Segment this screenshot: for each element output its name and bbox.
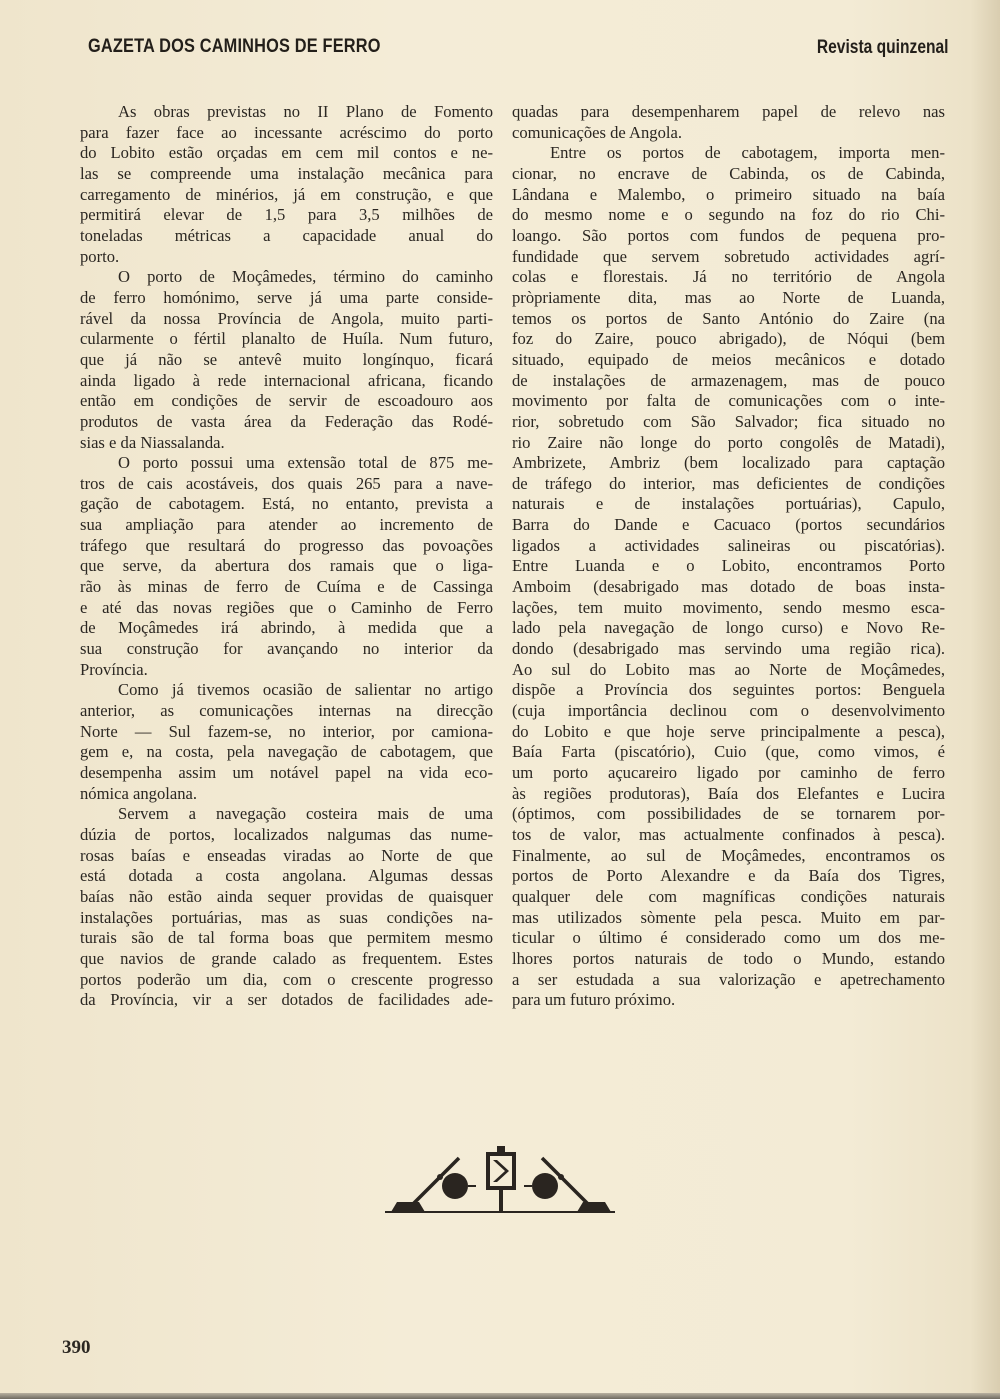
text-line: para fazer face ao incessante acréscimo … xyxy=(80,123,493,144)
text-line: Servem a navegação costeira mais de uma xyxy=(80,804,493,825)
text-line: do mesmo nome e o segundo na foz do rio … xyxy=(512,205,945,226)
article-paragraph: O porto de Moçâmedes, término do caminho… xyxy=(80,267,493,453)
text-line: de Moçâmedes irá abrindo, à medida que a xyxy=(80,618,493,639)
text-line: mas utilizados sòmente pela pesca. Muito… xyxy=(512,908,945,929)
text-line: de tráfego do interior, mas deficientes … xyxy=(512,474,945,495)
text-line: então em condições de servir de escoadou… xyxy=(80,391,493,412)
text-line: (óptimos, com possibilidades de se torna… xyxy=(512,804,945,825)
text-line: Finalmente, ao sul de Moçâmedes, encontr… xyxy=(512,846,945,867)
text-line: temos os portos de Santo António do Zair… xyxy=(512,309,945,330)
text-line: baías não estão ainda sequer providas de… xyxy=(80,887,493,908)
article-paragraph: Como já tivemos ocasião de salientar no … xyxy=(80,680,493,804)
text-line: sua construção for avançando no interior… xyxy=(80,639,493,660)
text-line: do Lobito estão orçadas em cem mil conto… xyxy=(80,143,493,164)
text-line: anterior, as comunicações internas na di… xyxy=(80,701,493,722)
text-line: (cuja importância declinou com o desenvo… xyxy=(512,701,945,722)
text-line: lado pela navegação de longo curso) e No… xyxy=(512,618,945,639)
text-line: ligados a actividades salineiras ou pisc… xyxy=(512,536,945,557)
text-line: rável da nossa Província de Angola, muit… xyxy=(80,309,493,330)
publication-title: GAZETA DOS CAMINHOS DE FERRO xyxy=(88,36,381,58)
text-line: porto. xyxy=(80,247,493,268)
text-line: nómica angolana. xyxy=(80,784,493,805)
text-line: Norte — Sul fazem-se, no interior, por c… xyxy=(80,722,493,743)
text-line: desempenha assim um notável papel na vid… xyxy=(80,763,493,784)
text-line: portos poderão um dia, com o crescente p… xyxy=(80,970,493,991)
text-line: gação de cabotagem. Está, no entanto, pr… xyxy=(80,494,493,515)
text-line: carregamento de minérios, já em construç… xyxy=(80,185,493,206)
text-line: toneladas métricas a capacidade anual do xyxy=(80,226,493,247)
text-line: permitirá elevar de 1,5 para 3,5 milhões… xyxy=(80,205,493,226)
text-line: instalações portuárias, mas as suas cond… xyxy=(80,908,493,929)
text-line: Entre Luanda e o Lobito, encontramos Por… xyxy=(512,556,945,577)
text-line: de ferro homónimo, serve já uma parte co… xyxy=(80,288,493,309)
text-line: Amboim (desabrigado mas dotado de boas i… xyxy=(512,577,945,598)
article-paragraph: As obras previstas no II Plano de Foment… xyxy=(80,102,493,267)
text-line: sias e da Niassalanda. xyxy=(80,433,493,454)
text-line: às regiões produtoras), Baía dos Elefant… xyxy=(512,784,945,805)
article-left-column: As obras previstas no II Plano de Foment… xyxy=(80,102,493,1011)
text-line: do Lobito e que hoje serve principalment… xyxy=(512,722,945,743)
text-line: rior, sobretudo com São Salvador; fica s… xyxy=(512,412,945,433)
text-line: Ambrizete, Ambriz (bem localizado para c… xyxy=(512,453,945,474)
text-line: rosas baías e enseadas viradas ao Norte … xyxy=(80,846,493,867)
text-line: está dotada a costa angolana. Algumas de… xyxy=(80,866,493,887)
text-line: turais são de tal forma boas que permite… xyxy=(80,928,493,949)
text-line: situado, equipado de meios mecânicos e d… xyxy=(512,350,945,371)
text-line: rão às minas de ferro de Cuíma e de Cass… xyxy=(80,577,493,598)
text-line: movimento por falta de comunicações com … xyxy=(512,391,945,412)
text-line: Barra do Dande e Cacuaco (portos secundá… xyxy=(512,515,945,536)
text-line: da Província, vir a ser dotados de facil… xyxy=(80,990,493,1011)
text-line: As obras previstas no II Plano de Foment… xyxy=(80,102,493,123)
text-line: dispõe a Província dos seguintes portos:… xyxy=(512,680,945,701)
article-paragraph: O porto possui uma extensão total de 875… xyxy=(80,453,493,680)
text-line: Ao sul do Lobito mas ao Norte de Moçâmed… xyxy=(512,660,945,681)
text-line: gem e, na costa, pela navegação de cabot… xyxy=(80,742,493,763)
page-number: 390 xyxy=(62,1337,91,1359)
text-line: ainda ligado à rede internacional africa… xyxy=(80,371,493,392)
text-line: las se compreende uma instalação mecânic… xyxy=(80,164,493,185)
text-line: naturais e de instalações portuárias), C… xyxy=(512,494,945,515)
text-line: lhores portos naturais de todo o Mundo, … xyxy=(512,949,945,970)
text-line: quadas para desempenharem papel de relev… xyxy=(512,102,945,123)
text-line: ticular o último é considerado como um d… xyxy=(512,928,945,949)
text-line: cionar, no encrave de Cabinda, os de Cab… xyxy=(512,164,945,185)
text-line: O porto de Moçâmedes, término do caminho xyxy=(80,267,493,288)
text-line: e até das novas regiões que o Caminho de… xyxy=(80,598,493,619)
text-line: de instalações de armazenagem, mas de po… xyxy=(512,371,945,392)
running-head: GAZETA DOS CAMINHOS DE FERRO Revista qui… xyxy=(88,36,948,66)
text-line: tráfego que resultará do progresso das p… xyxy=(80,536,493,557)
text-line: um porto açucareiro ligado por caminho d… xyxy=(512,763,945,784)
text-line: pròpriamente dita, mas ao Norte de Luand… xyxy=(512,288,945,309)
text-line: que serve, da abertura dos ramais que o … xyxy=(80,556,493,577)
text-line: produtos de vasta área da Federação das … xyxy=(80,412,493,433)
text-line: que navios de grande calado as frequente… xyxy=(80,949,493,970)
text-line: sua ampliação para atender ao incremento… xyxy=(80,515,493,536)
text-line: lações, tem muito movimento, sendo mesmo… xyxy=(512,598,945,619)
text-line: dondo (desabrigado mas servindo uma regi… xyxy=(512,639,945,660)
article-paragraph: Servem a navegação costeira mais de umad… xyxy=(80,804,493,1011)
article-paragraph: quadas para desempenharem papel de relev… xyxy=(512,102,945,143)
text-line: Província. xyxy=(80,660,493,681)
text-line: a ser estudada a sua valorização e apetr… xyxy=(512,970,945,991)
article-right-column: quadas para desempenharem papel de relev… xyxy=(512,102,945,1011)
text-line: portos de Porto Alexandre e da Baía dos … xyxy=(512,866,945,887)
text-line: foz do Zaire, pouco abrigado), de Nóqui … xyxy=(512,329,945,350)
text-line: Baía Farta (piscatório), Cuio (que, como… xyxy=(512,742,945,763)
text-line: Entre os portos de cabotagem, importa me… xyxy=(512,143,945,164)
text-line: comunicações de Angola. xyxy=(512,123,945,144)
text-line: dúzia de portos, localizados nalgumas da… xyxy=(80,825,493,846)
text-line: tos de valor, mas actualmente confinados… xyxy=(512,825,945,846)
page-bottom-edge xyxy=(0,1393,1000,1399)
text-line: tros de cais acostáveis, dos quais 265 p… xyxy=(80,474,493,495)
text-line: rio Zaire não longe do porto congolês de… xyxy=(512,433,945,454)
text-line: Como já tivemos ocasião de salientar no … xyxy=(80,680,493,701)
text-line: Lândana e Malembo, o primeiro situado na… xyxy=(512,185,945,206)
text-line: qualquer dele com magníficas condições n… xyxy=(512,887,945,908)
text-line: O porto possui uma extensão total de 875… xyxy=(80,453,493,474)
text-line: loango. São portos com fundos de pequena… xyxy=(512,226,945,247)
text-line: cularmente o fértil planalto de Huíla. N… xyxy=(80,329,493,350)
text-line: que já não se antevê muito longínquo, fi… xyxy=(80,350,493,371)
railway-signals-ornament-icon xyxy=(385,1136,615,1216)
text-line: colas e florestais. Já no território de … xyxy=(512,267,945,288)
text-line: fundidade que servem sobretudo actividad… xyxy=(512,247,945,268)
publication-subtitle: Revista quinzenal xyxy=(816,37,948,59)
article-paragraph: Entre os portos de cabotagem, importa me… xyxy=(512,143,945,1011)
text-line: para um futuro próximo. xyxy=(512,990,945,1011)
